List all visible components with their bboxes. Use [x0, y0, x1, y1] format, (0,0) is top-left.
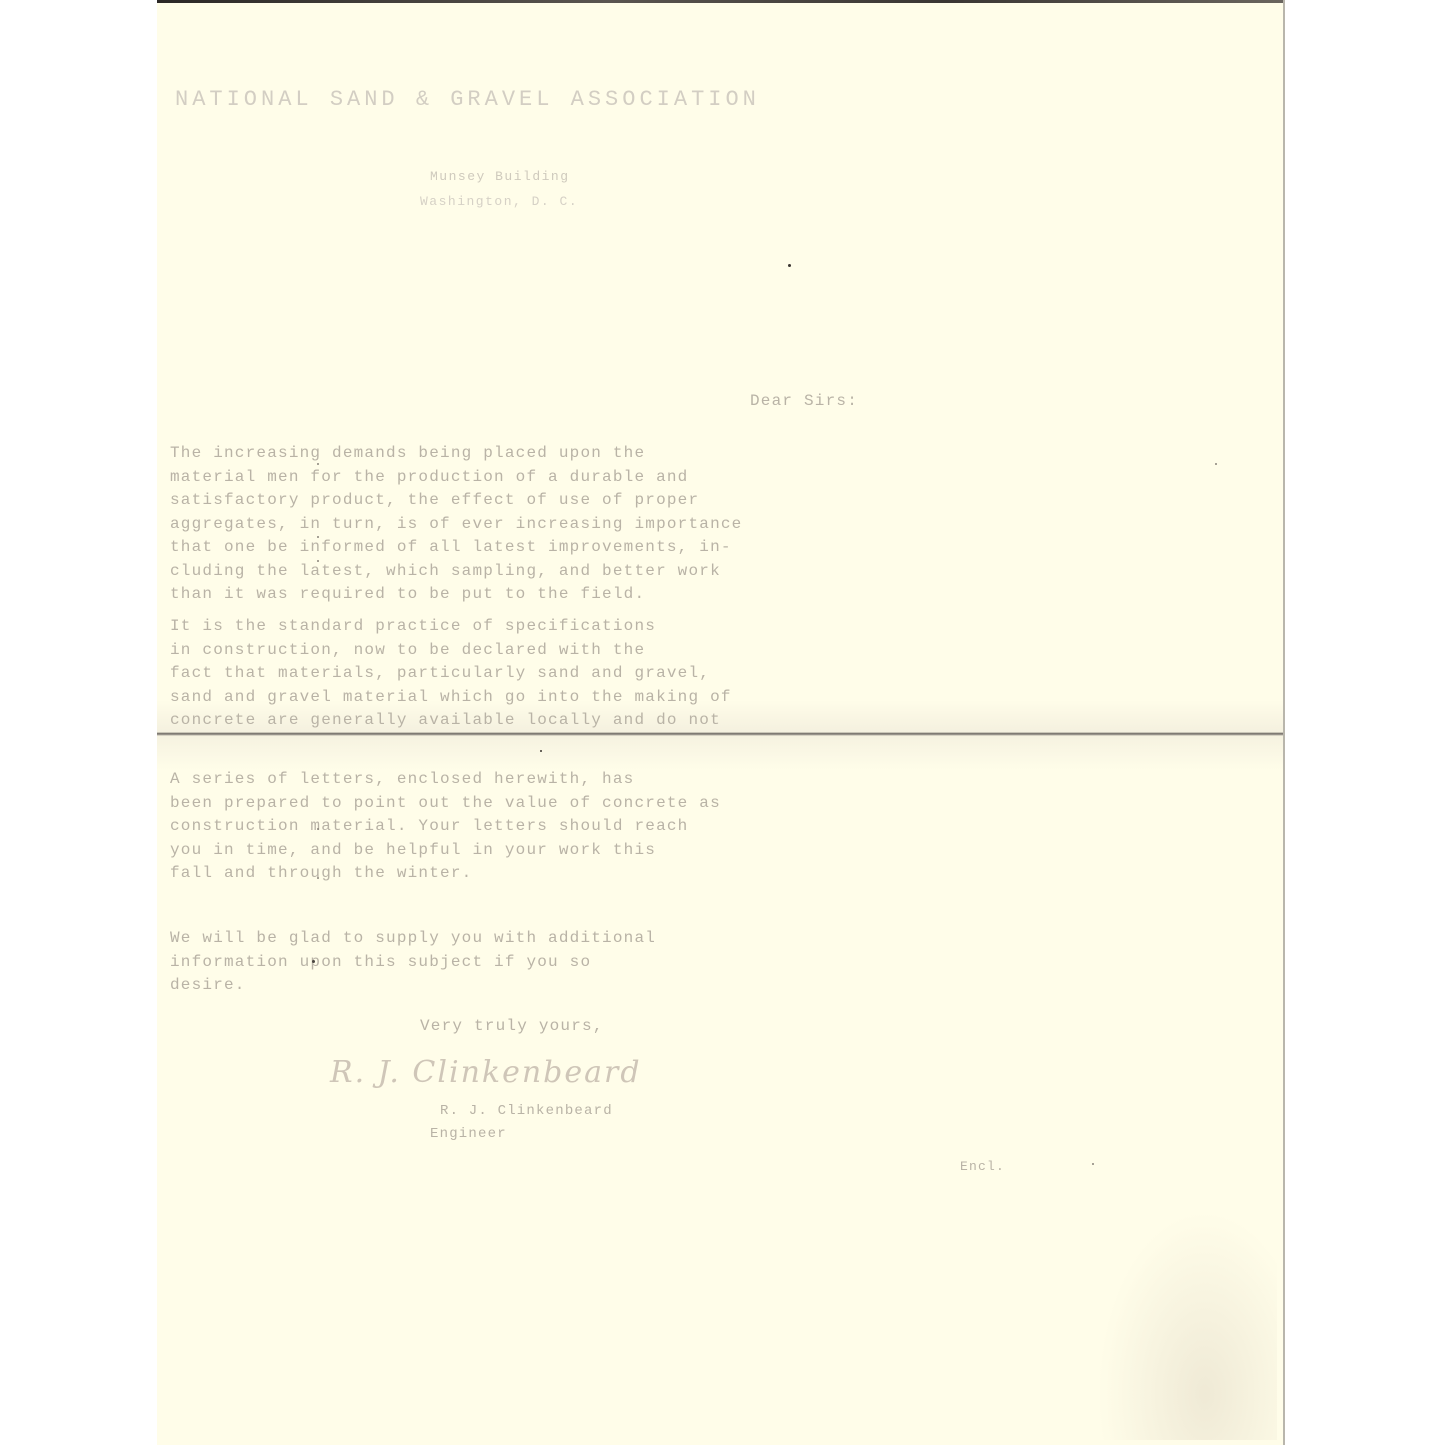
scan-top-edge [157, 0, 1283, 3]
body-paragraph-4: We will be glad to supply you with addit… [170, 927, 656, 998]
margin-dot [317, 560, 319, 562]
salutation: Dear Sirs: [750, 390, 858, 414]
body-paragraph-1: The increasing demands being placed upon… [170, 442, 742, 607]
letterhead-address-line-2: Washington, D. C. [420, 190, 578, 214]
margin-dot [312, 960, 315, 963]
margin-dot [317, 463, 319, 465]
body-paragraph-3: A series of letters, enclosed herewith, … [170, 768, 721, 886]
letterhead-title: NATIONAL SAND & GRAVEL ASSOCIATION [175, 88, 760, 112]
ink-speck [540, 750, 542, 752]
margin-dot [317, 536, 319, 538]
paper-stain [1097, 1210, 1277, 1440]
margin-dot [1092, 1163, 1094, 1165]
signer-title: Engineer [430, 1123, 507, 1147]
handwritten-signature: R. J. Clinkenbeard [330, 1055, 642, 1090]
fold-crease [157, 732, 1283, 736]
enclosure-note: Encl. [960, 1155, 1005, 1179]
signer-name: R. J. Clinkenbeard [440, 1100, 613, 1124]
margin-dot [317, 877, 319, 879]
body-paragraph-2: It is the standard practice of specifica… [170, 615, 732, 733]
margin-dot [1215, 463, 1217, 465]
margin-dot [317, 828, 319, 830]
ink-speck [788, 264, 791, 267]
complimentary-closing: Very truly yours, [420, 1015, 604, 1039]
letterhead-address-line-1: Munsey Building [430, 165, 570, 189]
